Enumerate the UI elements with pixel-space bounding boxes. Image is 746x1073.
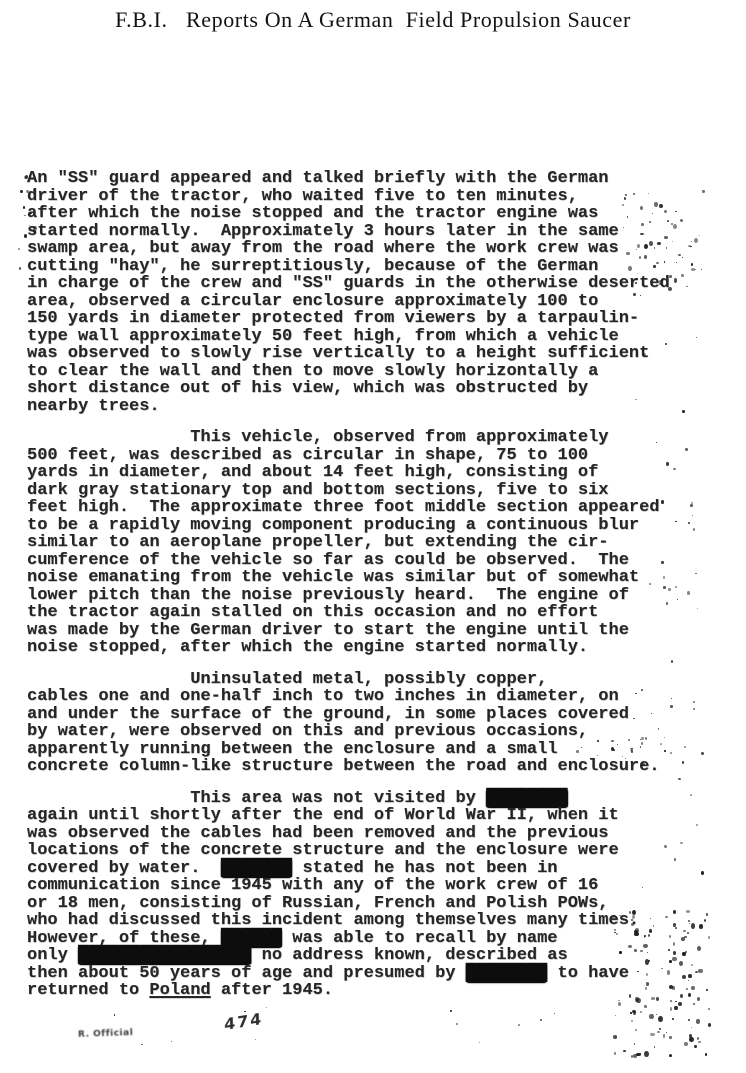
noise-dot (614, 1052, 616, 1055)
text-line: This vehicle, observed from approximatel… (27, 429, 727, 447)
noise-dot (640, 1053, 641, 1054)
text-line: again until shortly after the end of Wor… (27, 807, 727, 825)
noise-dot (708, 1023, 711, 1027)
noise-dot (654, 1046, 656, 1048)
text-line: to be a rapidly moving component produci… (27, 517, 727, 535)
noise-dot (23, 206, 25, 208)
text-line: locations of the concrete structure and … (27, 842, 727, 860)
text-line: similar to an aeroplane propeller, but e… (27, 534, 727, 552)
noise-dot (691, 1027, 692, 1028)
noise-dot (649, 1014, 653, 1019)
noise-dot (656, 1014, 657, 1015)
redaction-bar: ████████ (466, 964, 548, 983)
noise-dot (698, 1041, 701, 1043)
noise-dot (694, 1045, 697, 1048)
text-line: covered by water. ███████ stated he has … (27, 860, 727, 878)
noise-dot (171, 1041, 172, 1042)
text-line: 150 yards in diameter protected from vie… (27, 310, 727, 328)
noise-dot (518, 1024, 519, 1025)
paragraph: Uninsulated metal, possibly copper,cable… (27, 671, 727, 776)
approval-stamp: R. Official (78, 1028, 134, 1040)
noise-dot (540, 1019, 542, 1021)
noise-dot (672, 1018, 674, 1020)
page-title: F.B.I. Reports On A German Field Propuls… (0, 7, 746, 33)
text-line: concrete column-like structure between t… (27, 758, 727, 776)
noise-dot (631, 1055, 633, 1058)
underlined-word: Poland (149, 981, 210, 1000)
noise-dot (141, 1044, 142, 1045)
noise-dot (613, 1035, 617, 1038)
noise-dot (688, 1019, 690, 1021)
text-line: short distance out of his view, which wa… (27, 380, 727, 398)
noise-dot (615, 1037, 616, 1038)
noise-dot (696, 1019, 700, 1023)
text-line: lower pitch than the noise previously he… (27, 587, 727, 605)
text-line: only █████████████████ no address known,… (27, 947, 727, 965)
text-line: An "SS" guard appeared and talked briefl… (27, 170, 727, 188)
text-line: or 18 men, consisting of Russian, French… (27, 895, 727, 913)
noise-dot (636, 1053, 641, 1057)
text-line: noise emanating from the vehicle was sim… (27, 569, 727, 587)
text-line: dark gray stationary top and bottom sect… (27, 482, 727, 500)
paragraph: An "SS" guard appeared and talked briefl… (27, 170, 727, 415)
noise-dot (689, 1037, 694, 1042)
noise-dot (18, 248, 20, 250)
text-line: the tractor again stalled on this occasi… (27, 604, 727, 622)
text-line: Uninsulated metal, possibly copper, (27, 671, 727, 689)
noise-dot (456, 1023, 458, 1025)
redaction-bar: █████████████████ (78, 946, 251, 965)
noise-dot (19, 267, 21, 270)
text-line: communication since 1945 with any of the… (27, 877, 727, 895)
text-line: type wall approximately 50 feet high, fr… (27, 328, 727, 346)
redaction-bar: ██████ (221, 929, 282, 948)
noise-dot (669, 1036, 672, 1040)
noise-dot (689, 1034, 692, 1038)
text-line: apparently running between the enclosure… (27, 741, 727, 759)
text-line: 500 feet, was described as circular in s… (27, 447, 727, 465)
text-line: cutting "hay", he surreptitiously, becau… (27, 258, 727, 276)
text-line: then about 50 years of age and presumed … (27, 965, 727, 983)
noise-dot (623, 1050, 625, 1052)
text-line: area, observed a circular enclosure appr… (27, 293, 727, 311)
text-line: feet high. The approximate three foot mi… (27, 499, 727, 517)
text-line: swamp area, but away from the road where… (27, 240, 727, 258)
noise-dot (669, 1055, 671, 1057)
noise-dot (705, 1053, 707, 1055)
noise-dot (479, 1042, 480, 1043)
text-line: However, of these, ██████ was able to re… (27, 930, 727, 948)
text-line: started normally. Approximately 3 hours … (27, 223, 727, 241)
text-line: was made by the German driver to start t… (27, 622, 727, 640)
text-line: by water, were observed on this and prev… (27, 723, 727, 741)
text-line: to clear the wall and then to move slowl… (27, 363, 727, 381)
paragraph: This vehicle, observed from approximatel… (27, 429, 727, 657)
text-line: and under the surface of the ground, in … (27, 706, 727, 724)
noise-dot (666, 1032, 667, 1033)
noise-dot (255, 1039, 256, 1040)
noise-dot (24, 215, 26, 216)
noise-dot (659, 1028, 661, 1030)
text-line: This area was not visited by ████████ (27, 790, 727, 808)
noise-dot (684, 1042, 688, 1046)
noise-dot (669, 1054, 672, 1057)
redaction-bar: ███████ (221, 859, 292, 878)
text-line: in charge of the crew and "SS" guards in… (27, 275, 727, 293)
text-line: driver of the tractor, who waited five t… (27, 188, 727, 206)
noise-dot (663, 1034, 666, 1038)
noise-dot (114, 1014, 116, 1015)
text-line: after which the noise stopped and the tr… (27, 205, 727, 223)
text-line: who had discussed this incident among th… (27, 912, 727, 930)
text-line: yards in diameter, and about 14 feet hig… (27, 464, 727, 482)
noise-dot (657, 1031, 660, 1033)
noise-dot (634, 1043, 636, 1045)
paragraph: This area was not visited by ████████aga… (27, 790, 727, 1000)
document-scan: An "SS" guard appeared and talked briefl… (27, 170, 727, 1014)
noise-dot (633, 1054, 637, 1058)
text-line: noise stopped, after which the engine st… (27, 639, 727, 657)
noise-dot (635, 1029, 637, 1031)
noise-dot (658, 1016, 662, 1022)
noise-dot (20, 190, 23, 193)
noise-dot (615, 1015, 617, 1016)
text-line: returned to Poland after 1945. (27, 982, 727, 1000)
redaction-bar: ████████ (486, 789, 568, 808)
text-line: cumference of the vehicle so far as coul… (27, 552, 727, 570)
noise-dot (631, 1020, 633, 1022)
text-line: cables one and one-half inch to two inch… (27, 688, 727, 706)
noise-dot (697, 1037, 699, 1040)
noise-dot (644, 1051, 648, 1057)
text-line: was observed to slowly rise vertically t… (27, 345, 727, 363)
noise-dot (650, 1033, 654, 1036)
text-line: nearby trees. (27, 398, 727, 416)
text-line: was observed the cables had been removed… (27, 825, 727, 843)
